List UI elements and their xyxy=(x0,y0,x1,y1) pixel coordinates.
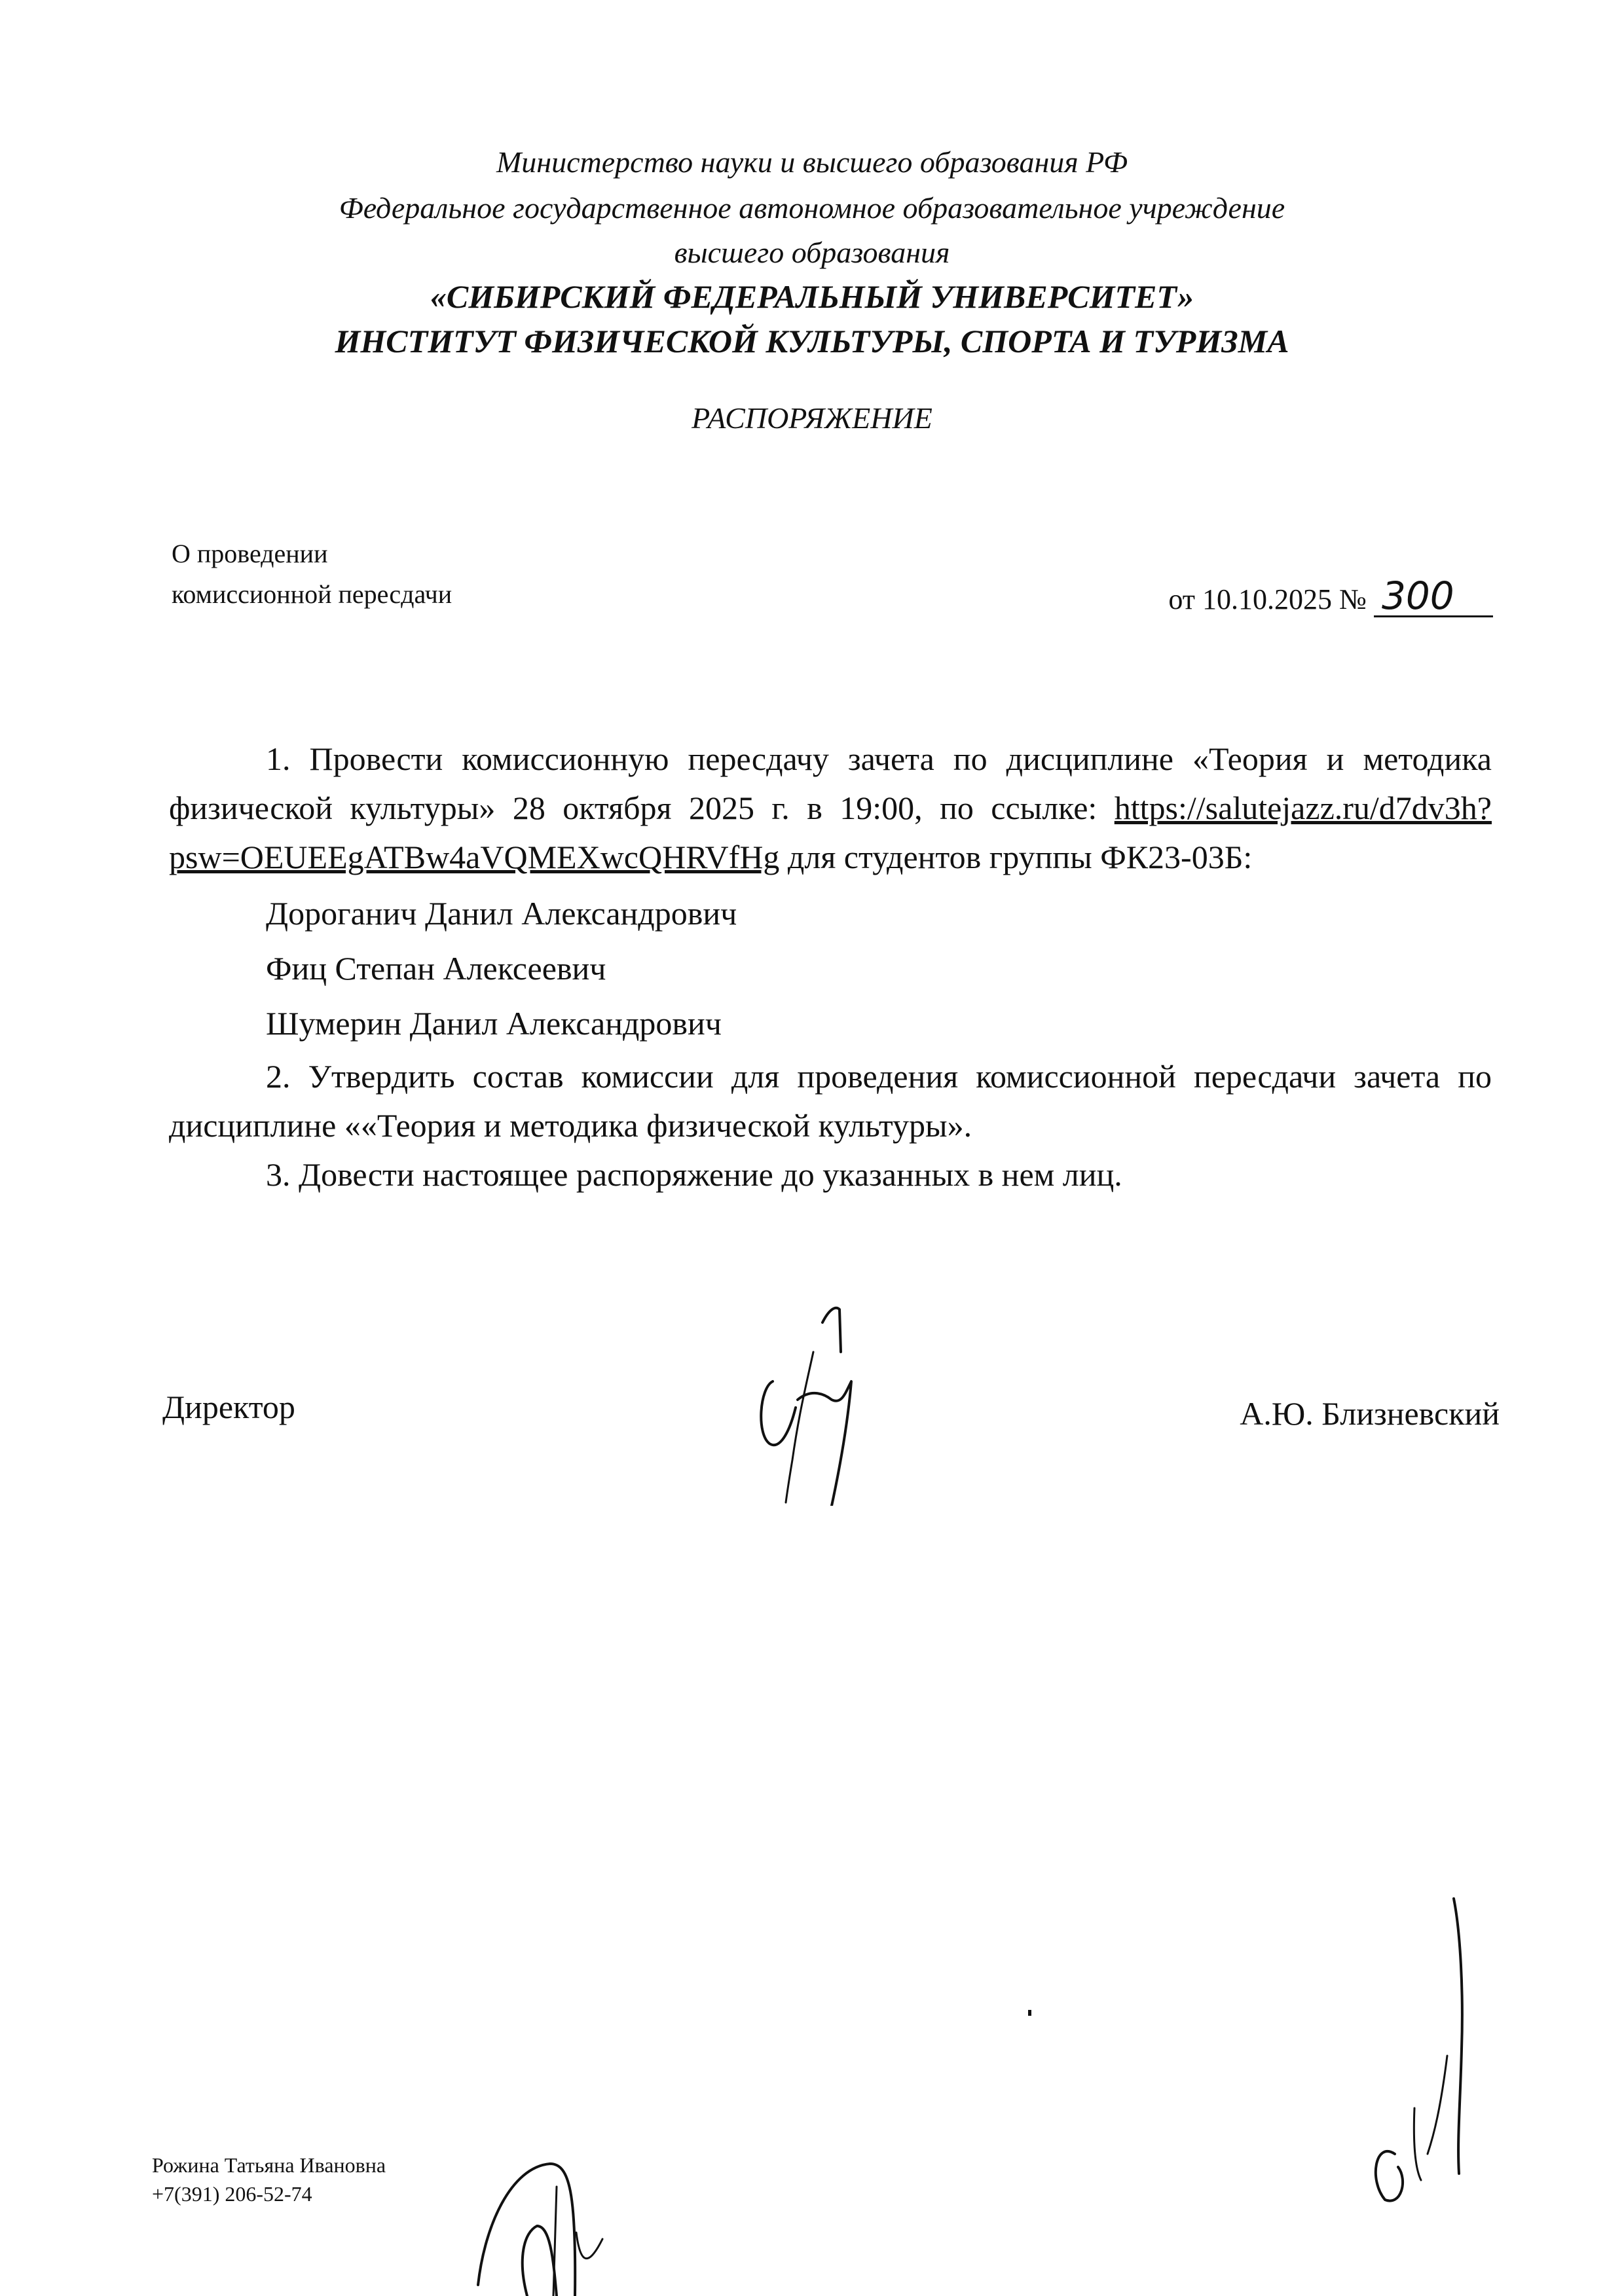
student-name: Дороганич Данил Александрович xyxy=(169,886,1492,941)
document-date-number: от 10.10.2025 № 300 xyxy=(1168,576,1493,617)
item-3: 3. Довести настоящее распоряжение до ука… xyxy=(169,1150,1492,1199)
approval-signature-right-icon xyxy=(1349,1892,1480,2206)
subject-line2: комиссионной пересдачи xyxy=(172,574,452,615)
students-list: Дороганич Данил Александрович Фиц Степан… xyxy=(169,886,1492,1051)
item-1-suffix: для студентов группы ФК23-03Б: xyxy=(779,839,1252,875)
executor-phone: +7(391) 206-52-74 xyxy=(152,2179,386,2208)
item-2: 2. Утвердить состав комиссии для проведе… xyxy=(169,1052,1492,1150)
executor-info: Рожина Татьяна Ивановна +7(391) 206-52-7… xyxy=(152,2151,386,2208)
document-header: Министерство науки и высшего образования… xyxy=(0,143,1624,363)
ministry-name: Министерство науки и высшего образования… xyxy=(0,143,1624,182)
student-name: Фиц Степан Алексеевич xyxy=(169,941,1492,996)
institute-name: ИНСТИТУТ ФИЗИЧЕСКОЙ КУЛЬТУРЫ, СПОРТА И Т… xyxy=(0,319,1624,363)
executor-name: Рожина Татьяна Ивановна xyxy=(152,2151,386,2179)
signatory-position: Директор xyxy=(162,1388,295,1426)
item-1: 1. Провести комиссионную пересдачу зачет… xyxy=(169,735,1492,882)
handwritten-document-number: 300 xyxy=(1374,576,1493,617)
document-type-title: РАСПОРЯЖЕНИЕ xyxy=(0,401,1624,435)
institution-type-line1: Федеральное государственное автономное о… xyxy=(0,189,1624,228)
institution-type-line2: высшего образования xyxy=(0,233,1624,272)
document-subject: О проведении комиссионной пересдачи xyxy=(172,534,452,615)
signatory-name: А.Ю. Близневский xyxy=(1240,1394,1500,1432)
scan-dot xyxy=(1028,2010,1031,2016)
director-signature-icon xyxy=(707,1290,917,1506)
student-name: Шумерин Данил Александрович xyxy=(169,996,1492,1051)
approval-signature-left-icon xyxy=(471,2062,655,2296)
subject-line1: О проведении xyxy=(172,534,452,574)
university-name: «СИБИРСКИЙ ФЕДЕРАЛЬНЫЙ УНИВЕРСИТЕТ» xyxy=(0,275,1624,318)
document-body: 1. Провести комиссионную пересдачу зачет… xyxy=(169,735,1492,1199)
date-prefix: от 10.10.2025 № xyxy=(1168,583,1367,615)
